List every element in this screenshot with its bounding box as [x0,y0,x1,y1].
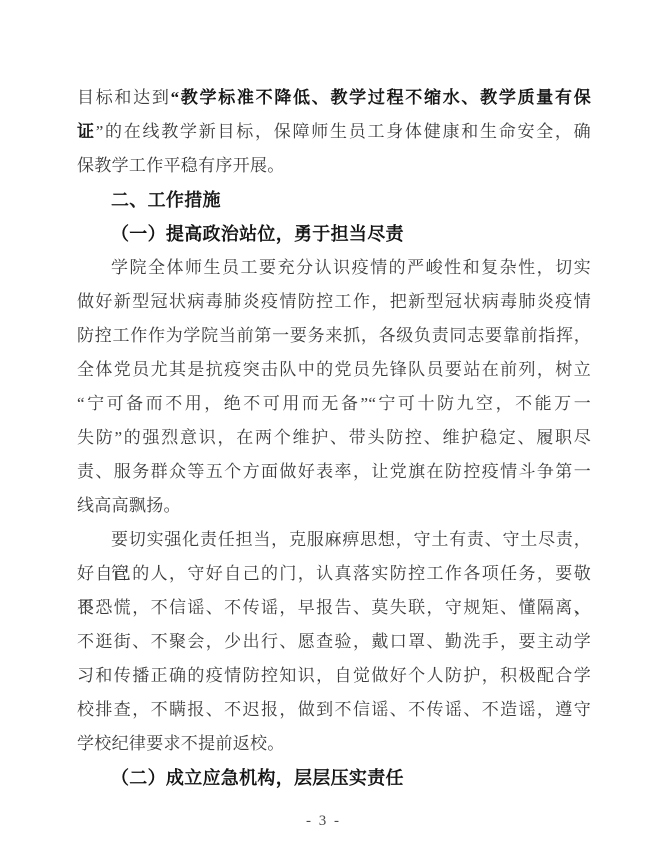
body-line: 做好新型冠状病毒肺炎疫情防控工作，把新型冠状病毒肺炎疫情 [77,285,591,319]
bold-quoted-text: “教学标准不降低、教学过程不缩水、教学质量有保 [171,88,591,107]
subsection-heading: （一）提高政治站位，勇于担当尽责 [77,217,591,251]
body-line: 不恐慌，不信谣、不传谣，早报告、莫失联，守规矩、懂隔离， [77,591,591,625]
body-line: 不逛街、不聚会，少出行、愿查验，戴口罩、勤洗手，要主动学 [77,625,591,659]
subsection-heading: （二）成立应急机构，层层压实责任 [77,761,591,795]
body-line: 习和传播正确的疫情防控知识，自觉做好个人防护，积极配合学 [77,659,591,693]
body-line: 全体党员尤其是抗疫突击队中的党员先锋队员要站在前列，树立 [77,353,591,387]
body-line: 目标和达到“教学标准不降低、教学过程不缩水、教学质量有保 [77,81,591,115]
body-line: 责、服务群众等五个方面做好表率，让党旗在防控疫情斗争第一 [77,455,591,489]
document-page: 目标和达到“教学标准不降低、教学过程不缩水、教学质量有保 证”的在线教学新目标，… [0,0,647,845]
body-line: 证”的在线教学新目标，保障师生员工身体健康和生命安全，确 [77,115,591,149]
body-line: 防控工作作为学院当前第一要务来抓，各级负责同志要靠前指挥， [77,319,591,353]
body-line: 好自己的人，守好自己的门，认真落实防控工作各项任务，要敬畏、 [77,557,591,591]
page-number: - 3 - [0,808,647,834]
body-line: 学校纪律要求不提前返校。 [77,727,591,761]
body-text: ”的在线教学新目标，保障师生员工身体健康和生命安全，确 [96,122,591,141]
body-line: 保教学工作平稳有序开展。 [77,149,591,183]
body-text: 目标和达到 [77,88,171,107]
body-line: 学院全体师生员工要充分认识疫情的严峻性和复杂性，切实 [77,251,591,285]
body-line: “宁可备而不用，绝不可用而无备”“宁可十防九空，不能万一 [77,387,591,421]
body-line: 线高高飘扬。 [77,489,591,523]
section-heading: 二、工作措施 [77,183,591,217]
body-line: 失防”的强烈意识，在两个维护、带头防控、维护稳定、履职尽 [77,421,591,455]
bold-quoted-text: 证 [77,122,96,141]
document-body: 目标和达到“教学标准不降低、教学过程不缩水、教学质量有保 证”的在线教学新目标，… [77,81,591,795]
body-line: 校排查，不瞒报、不迟报，做到不信谣、不传谣、不造谣，遵守 [77,693,591,727]
body-line: 要切实强化责任担当，克服麻痹思想，守土有责、守土尽责，管 [77,523,591,557]
